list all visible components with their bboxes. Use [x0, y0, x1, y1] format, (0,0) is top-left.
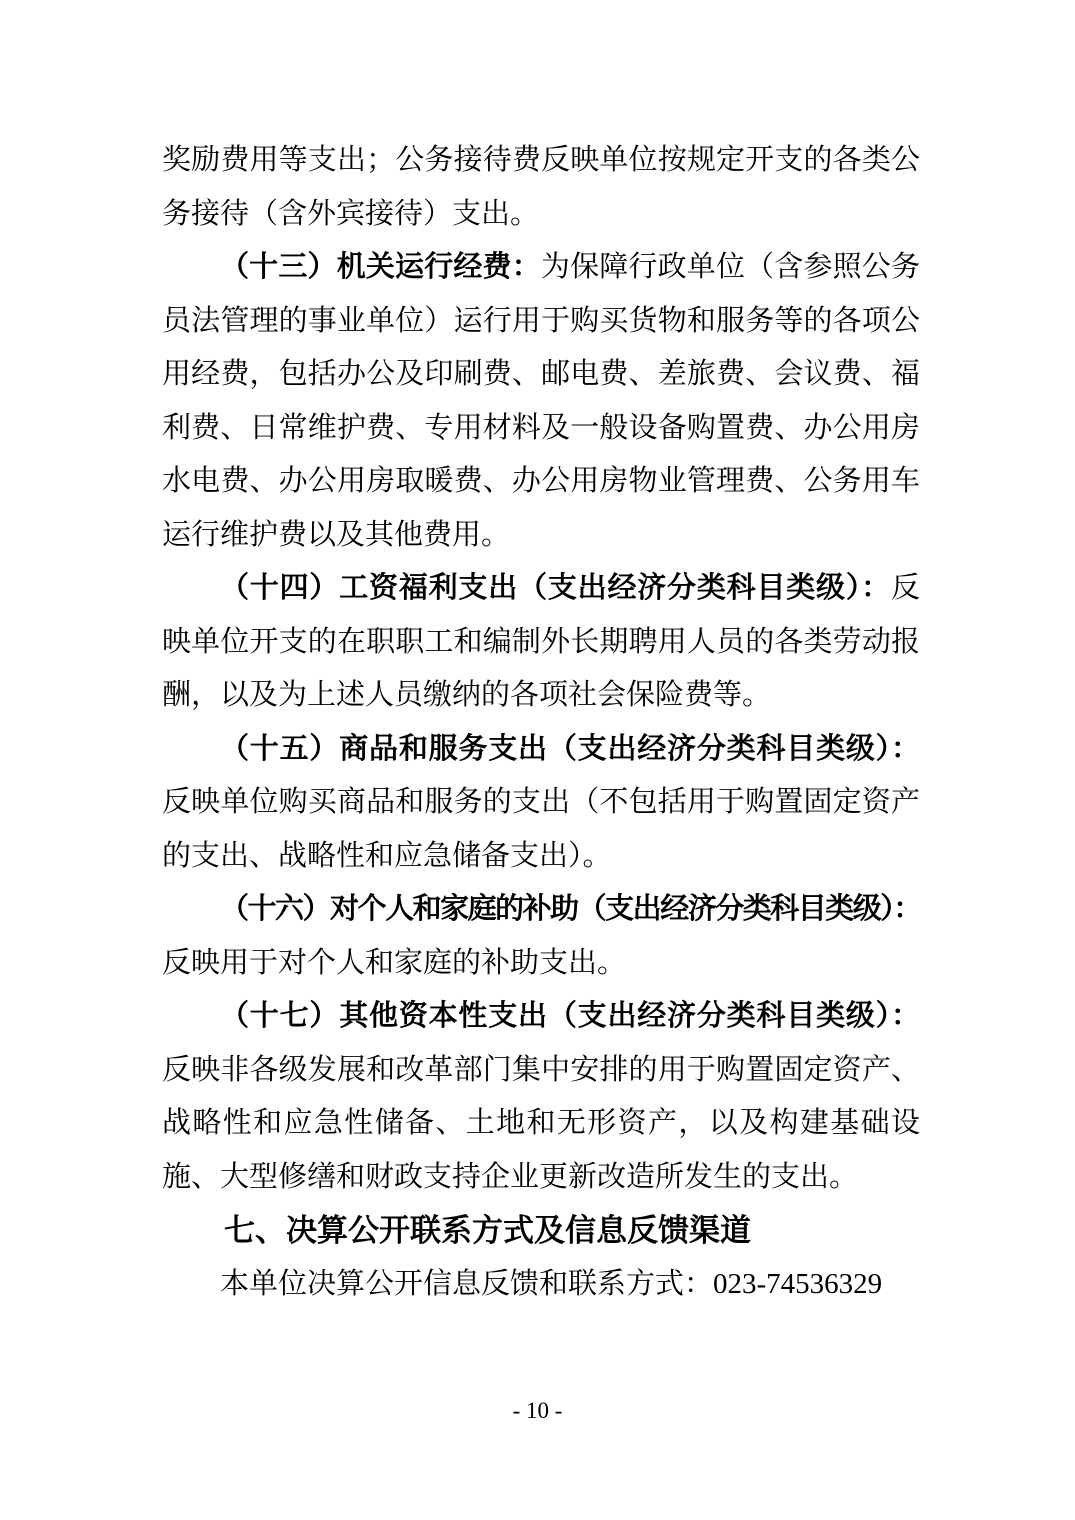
contact-label: 本单位决算公开信息反馈和联系方式：: [220, 1268, 713, 1300]
paragraph-item-15: （十五）商品和服务支出（支出经济分类科目类级）：反映单位购买商品和服务的支出（不…: [162, 723, 920, 884]
paragraph-text: 为保障行政单位（含参照公务员法管理的事业单位）运行用于购买货物和服务等的各项公用…: [162, 251, 920, 551]
paragraph-lead: （十六）对个人和家庭的补助（支出经济分类科目类级）：: [220, 893, 920, 925]
contact-line: 本单位决算公开信息反馈和联系方式：023-74536329: [162, 1258, 920, 1312]
document-page: 奖励费用等支出；公务接待费反映单位按规定开支的各类公务接待（含外宾接待）支出。 …: [0, 0, 1075, 1520]
paragraph-item-16: （十六）对个人和家庭的补助（支出经济分类科目类级）：反映用于对个人和家庭的补助支…: [162, 883, 920, 990]
page-footer: - 10 -: [0, 1398, 1075, 1424]
paragraph-item-13: （十三）机关运行经费：为保障行政单位（含参照公务员法管理的事业单位）运行用于购买…: [162, 241, 920, 562]
contact-phone: 023-74536329: [713, 1268, 882, 1300]
paragraph-lead: （十五）商品和服务支出（支出经济分类科目类级）：: [220, 733, 920, 765]
paragraph-continuation: 奖励费用等支出；公务接待费反映单位按规定开支的各类公务接待（含外宾接待）支出。: [162, 134, 920, 241]
section-heading: 七、决算公开联系方式及信息反馈渠道: [162, 1204, 920, 1258]
paragraph-text: 反映单位购买商品和服务的支出（不包括用于购置固定资产的支出、战略性和应急储备支出…: [162, 786, 920, 872]
page-number: - 10 -: [513, 1398, 563, 1423]
document-content: 奖励费用等支出；公务接待费反映单位按规定开支的各类公务接待（含外宾接待）支出。 …: [162, 134, 920, 1311]
paragraph-item-17: （十七）其他资本性支出（支出经济分类科目类级）：反映非各级发展和改革部门集中安排…: [162, 990, 920, 1204]
paragraph-lead: （十七）其他资本性支出（支出经济分类科目类级）：: [220, 1000, 920, 1032]
paragraph-text: 奖励费用等支出；公务接待费反映单位按规定开支的各类公务接待（含外宾接待）支出。: [162, 144, 920, 230]
paragraph-lead: （十三）机关运行经费：: [220, 251, 541, 283]
paragraph-text: 反映用于对个人和家庭的补助支出。: [162, 947, 626, 979]
paragraph-lead: （十四）工资福利支出（支出经济分类科目类级）：: [220, 572, 891, 604]
paragraph-text: 反映非各级发展和改革部门集中安排的用于购置固定资产、战略性和应急性储备、土地和无…: [162, 1054, 920, 1193]
paragraph-item-14: （十四）工资福利支出（支出经济分类科目类级）：反映单位开支的在职职工和编制外长期…: [162, 562, 920, 723]
